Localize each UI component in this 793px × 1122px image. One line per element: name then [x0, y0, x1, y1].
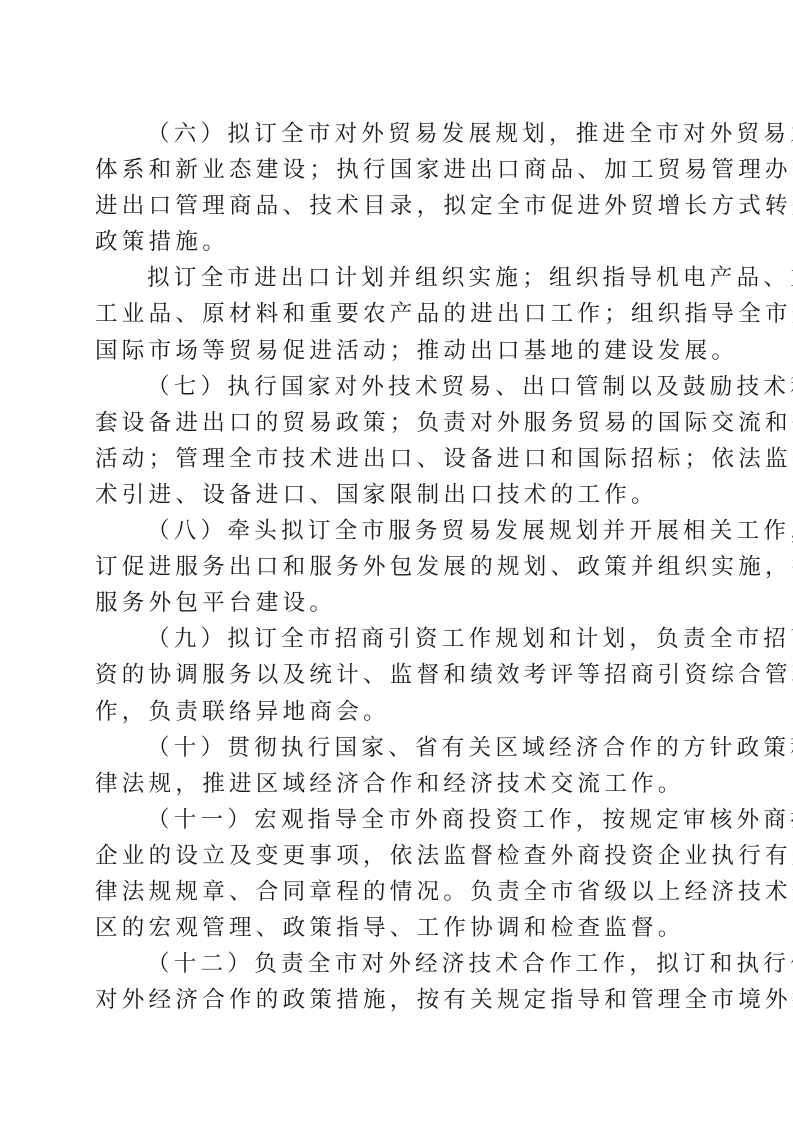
text-line: 律法规，推进区域经济合作和经济技术交流工作。: [95, 766, 691, 802]
text-line: 拟订全市进出口计划并组织实施；组织指导机电产品、重要: [95, 260, 691, 296]
paragraph-item-10: （十）贯彻执行国家、省有关区域经济合作的方针政策和法 律法规，推进区域经济合作和…: [95, 730, 691, 802]
text-line: 企业的设立及变更事项，依法监督检查外商投资企业执行有关法: [95, 838, 691, 874]
text-line: 服务外包平台建设。: [95, 585, 691, 621]
text-line: 资的协调服务以及统计、监督和绩效考评等招商引资综合管理工: [95, 657, 691, 693]
text-line: （八）牵头拟订全市服务贸易发展规划并开展相关工作，拟: [95, 513, 691, 549]
text-line: （九）拟订全市招商引资工作规划和计划，负责全市招商引: [95, 621, 691, 657]
paragraph-item-11: （十一）宏观指导全市外商投资工作，按规定审核外商投资 企业的设立及变更事项，依法…: [95, 802, 691, 946]
text-line: 订促进服务出口和服务外包发展的规划、政策并组织实施，推动: [95, 549, 691, 585]
paragraph-item-7: （七）执行国家对外技术贸易、出口管制以及鼓励技术和成 套设备进出口的贸易政策；负…: [95, 369, 691, 513]
text-line: 律法规规章、合同章程的情况。负责全市省级以上经济技术开发: [95, 874, 691, 910]
text-line: 体系和新业态建设；执行国家进出口商品、加工贸易管理办法和: [95, 152, 691, 188]
text-line: （十一）宏观指导全市外商投资工作，按规定审核外商投资: [95, 802, 691, 838]
text-line: （十）贯彻执行国家、省有关区域经济合作的方针政策和法: [95, 730, 691, 766]
text-line: （七）执行国家对外技术贸易、出口管制以及鼓励技术和成: [95, 369, 691, 405]
text-line: 对外经济合作的政策措施，按有关规定指导和管理全市境外投资、: [95, 982, 691, 1018]
document-page: （六）拟订全市对外贸易发展规划，推进全市对外贸易发展 体系和新业态建设；执行国家…: [95, 116, 691, 1018]
text-line: 区的宏观管理、政策指导、工作协调和检查监督。: [95, 910, 691, 946]
text-line: 进出口管理商品、技术目录，拟定全市促进外贸增长方式转变的: [95, 188, 691, 224]
text-line: 活动；管理全市技术进出口、设备进口和国际招标；依法监督技: [95, 441, 691, 477]
text-line: 作，负责联络异地商会。: [95, 694, 691, 730]
paragraph-item-12: （十二）负责全市对外经济技术合作工作，拟订和执行促进 对外经济合作的政策措施，按…: [95, 946, 691, 1018]
text-line: 政策措施。: [95, 224, 691, 260]
paragraph-item-6: （六）拟订全市对外贸易发展规划，推进全市对外贸易发展 体系和新业态建设；执行国家…: [95, 116, 691, 260]
paragraph-item-6-continued: 拟订全市进出口计划并组织实施；组织指导机电产品、重要 工业品、原材料和重要农产品…: [95, 260, 691, 368]
paragraph-item-8: （八）牵头拟订全市服务贸易发展规划并开展相关工作，拟 订促进服务出口和服务外包发…: [95, 513, 691, 621]
text-line: 套设备进出口的贸易政策；负责对外服务贸易的国际交流和促进: [95, 405, 691, 441]
text-line: 工业品、原材料和重要农产品的进出口工作；组织指导全市开拓: [95, 296, 691, 332]
text-line: （六）拟订全市对外贸易发展规划，推进全市对外贸易发展: [95, 116, 691, 152]
paragraph-item-9: （九）拟订全市招商引资工作规划和计划，负责全市招商引 资的协调服务以及统计、监督…: [95, 621, 691, 729]
text-line: 术引进、设备进口、国家限制出口技术的工作。: [95, 477, 691, 513]
text-line: （十二）负责全市对外经济技术合作工作，拟订和执行促进: [95, 946, 691, 982]
text-line: 国际市场等贸易促进活动；推动出口基地的建设发展。: [95, 333, 691, 369]
